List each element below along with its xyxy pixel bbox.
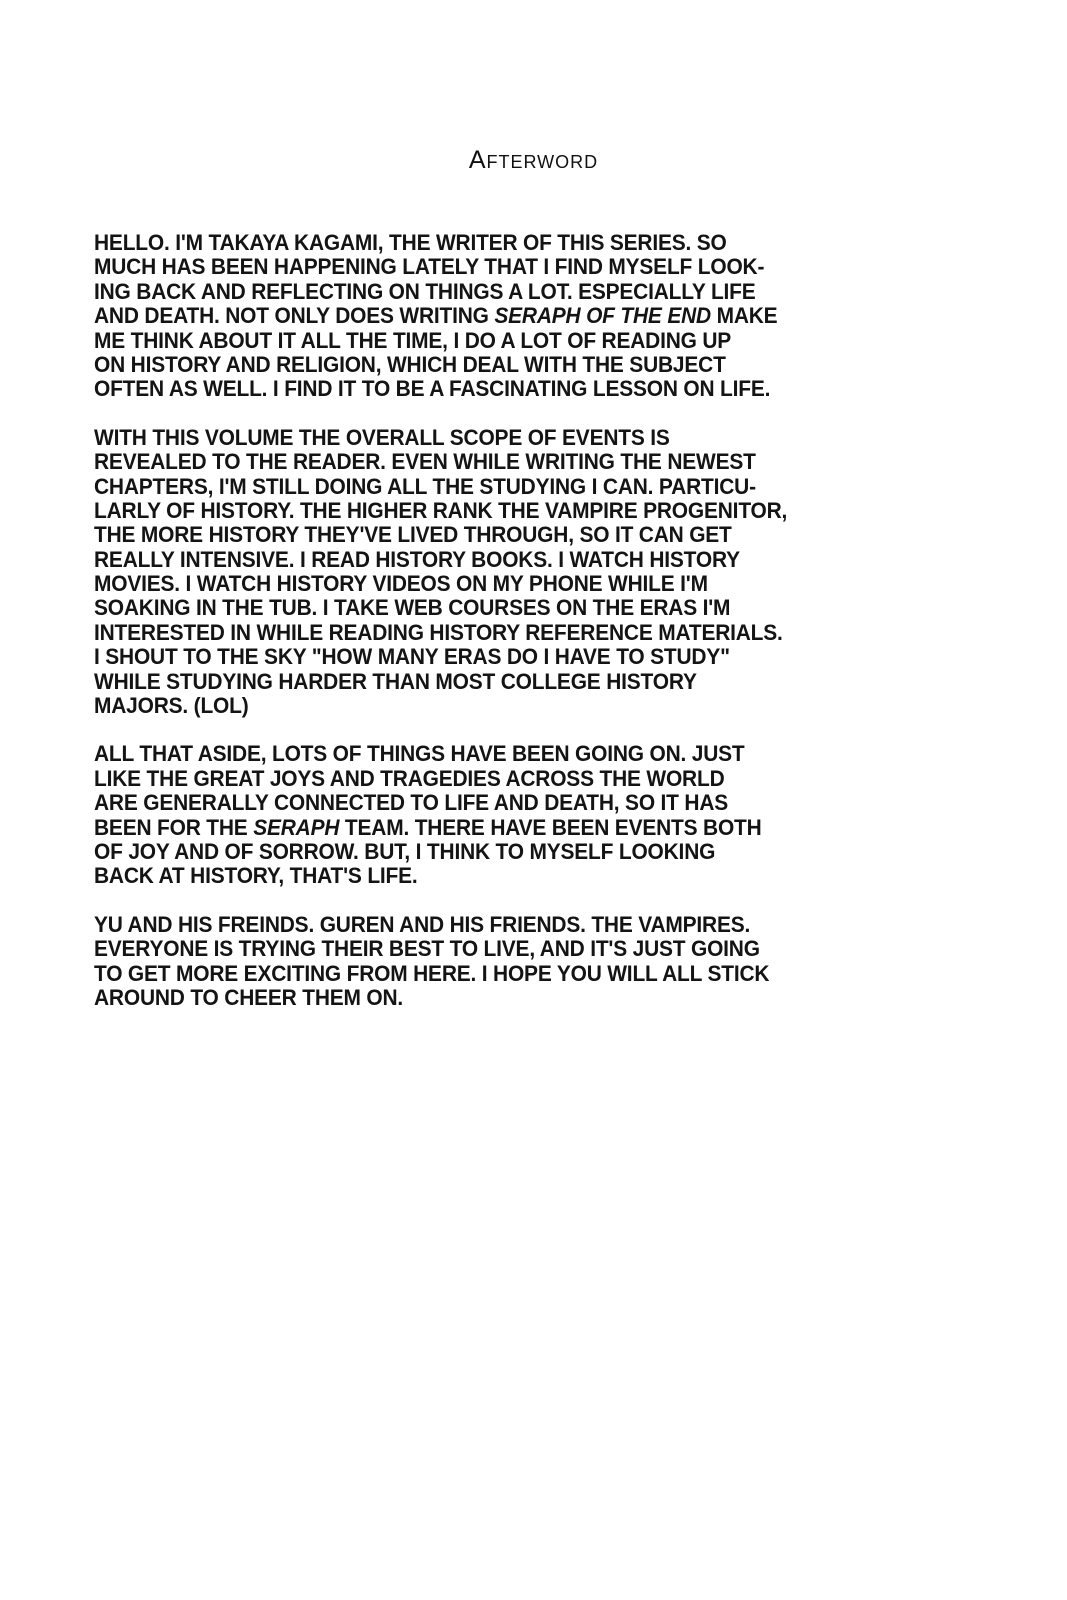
text-segment: been for the [94,815,253,840]
text-segment: larly of history. The higher rank the va… [94,498,787,523]
text-line: larly of history. The higher rank the va… [94,499,885,523]
text-line: revealed to the reader. Even while writi… [94,450,885,474]
text-segment: revealed to the reader. Even while writi… [94,449,756,474]
paragraph: With this volume the overall scope of ev… [94,426,944,719]
text-segment: much has been happening lately that I fi… [94,254,764,279]
text-segment: All that aside, lots of things have been… [94,741,744,766]
text-line: are generally connected to life and deat… [94,791,885,815]
text-line: and death. Not only does writing Seraph … [94,304,885,328]
text-segment: around to cheer them on. [94,985,403,1010]
text-line: ing back and reflecting on things a lot.… [94,280,885,304]
afterword-body: Hello. I'm Takaya Kagami, the writer of … [94,231,944,1034]
text-line: on history and religion, which deal with… [94,353,885,377]
text-segment: soaking in the tub. I take web courses o… [94,595,730,620]
italic-title-text: Seraph [253,815,339,840]
text-segment: me think about it all the time, I do a l… [94,328,731,353]
text-line: really intensive. I read history books. … [94,548,885,572]
text-line: to get more exciting from here. I hope y… [94,962,885,986]
text-segment: Hello. I'm Takaya Kagami, the writer of … [94,230,727,255]
text-segment: movies. I watch history videos on my pho… [94,571,708,596]
text-segment: interested in while reading history refe… [94,620,783,645]
text-line: Yu and his freinds. Guren and his friend… [94,913,885,937]
text-line: while studying harder than most college … [94,670,885,694]
text-line: Everyone is trying their best to live, a… [94,937,885,961]
text-segment: team. There have been events both [339,815,761,840]
text-segment: on history and religion, which deal with… [94,352,726,377]
text-line: majors. (lol) [94,694,885,718]
text-segment: make [711,303,777,328]
text-line: me think about it all the time, I do a l… [94,329,885,353]
text-line: like the great joys and tragedies across… [94,767,885,791]
text-segment: really intensive. I read history books. … [94,547,740,572]
text-segment: like the great joys and tragedies across… [94,766,724,791]
text-line: interested in while reading history refe… [94,621,885,645]
text-line: much has been happening lately that I fi… [94,255,885,279]
text-segment: to get more exciting from here. I hope y… [94,961,769,986]
text-segment: I shout to the sky "How many eras do I h… [94,644,730,669]
text-segment: majors. (lol) [94,693,249,718]
text-segment: the more history they've lived through, … [94,522,732,547]
text-segment: of joy and of sorrow. But, I think to my… [94,839,715,864]
text-line: chapters, I'm still doing all the studyi… [94,475,885,499]
page-title: Afterword [0,145,1067,175]
text-line: I shout to the sky "How many eras do I h… [94,645,885,669]
text-line: around to cheer them on. [94,986,885,1010]
text-segment: while studying harder than most college … [94,669,697,694]
text-line: of joy and of sorrow. But, I think to my… [94,840,885,864]
text-segment: back at history, that's life. [94,863,418,888]
text-segment: With this volume the overall scope of ev… [94,425,670,450]
text-line: movies. I watch history videos on my pho… [94,572,885,596]
text-line: soaking in the tub. I take web courses o… [94,596,885,620]
paragraph: Yu and his freinds. Guren and his friend… [94,913,944,1011]
text-segment: are generally connected to life and deat… [94,790,728,815]
text-line: All that aside, lots of things have been… [94,742,885,766]
text-line: With this volume the overall scope of ev… [94,426,885,450]
text-segment: chapters, I'm still doing all the studyi… [94,474,756,499]
text-line: been for the Seraph team. There have bee… [94,816,885,840]
text-segment: Everyone is trying their best to live, a… [94,936,760,961]
paragraph: All that aside, lots of things have been… [94,742,944,888]
text-segment: often as well. I find it to be a fascina… [94,376,770,401]
text-segment: Yu and his freinds. Guren and his friend… [94,912,750,937]
paragraph: Hello. I'm Takaya Kagami, the writer of … [94,231,944,402]
italic-title-text: Seraph of the End [494,303,711,328]
text-segment: ing back and reflecting on things a lot.… [94,279,756,304]
text-line: Hello. I'm Takaya Kagami, the writer of … [94,231,885,255]
text-segment: and death. Not only does writing [94,303,494,328]
afterword-page: Afterword Hello. I'm Takaya Kagami, the … [0,0,1067,1600]
text-line: often as well. I find it to be a fascina… [94,377,885,401]
text-line: the more history they've lived through, … [94,523,885,547]
text-line: back at history, that's life. [94,864,885,888]
